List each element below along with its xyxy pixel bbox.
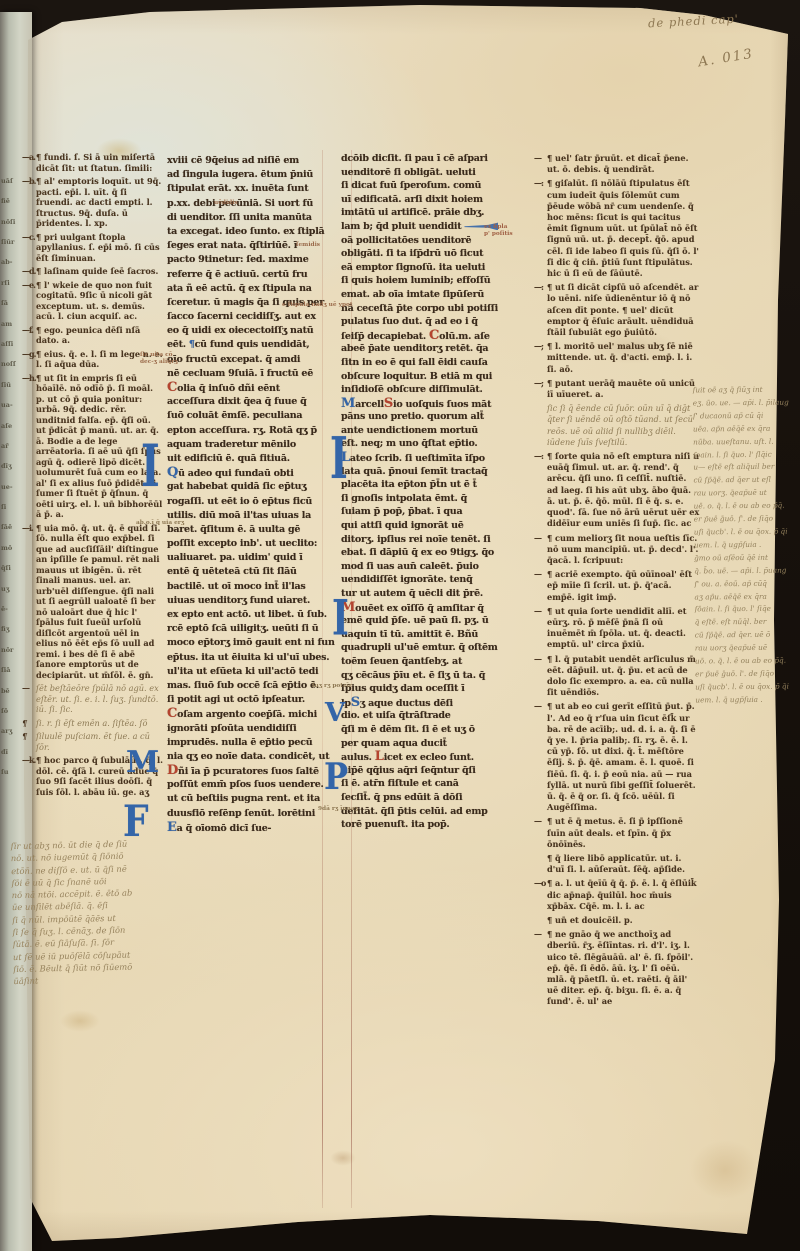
text-line: xviii cē 9q̄eius ad niſiē em [167,154,335,168]
text-line: pacto 9tinetur: ſed. maxime [167,253,335,267]
text-line: imtātū ui artificē. prāie dbʒ. [341,206,537,220]
text-line: eſt. neq; m uno q̄ſtat ep̄tio. [341,437,537,451]
gloss-entry: ¶ un̄ et douicēil. p. [547,915,700,926]
gloss-entry-mark: ¶ [22,718,26,729]
note-line: uēa. ap̄n aēq̄ē ex q̄ra [693,422,795,436]
text-line: ta excegat. ideo ſunto. ex ſtiplā [167,225,335,239]
gloss-entry-mark: — [534,153,541,164]
blue-initial-V-col2: V [325,700,345,726]
red-initial: D [167,764,178,778]
gloss-entry-mark: —b. [22,176,35,187]
far-right-cursive-notes: ſuit oē aʒ q̄ ſiūʒ inteʒ. ūo. ue. — ap̄i… [693,384,798,708]
text-line: eā emptor ſignoſū. ita ueluti [341,261,537,275]
gutter-jot: p' poſitis [484,231,513,238]
text-line: inſidioſē obſcure diſſimulāt. [341,383,537,397]
text-line: Dñi īa p̄ pcuratores ſuos ſaltē [167,764,335,778]
text-line: eēt. ¶cū fund quis uendidāt, [167,338,335,352]
gloss-entry-mark: — [534,701,541,712]
text-line: lata quā. p̄noui ſemīt tractaq̄ [341,465,537,479]
note-line: ḡmo oū aſēoū q̄ē int [694,551,796,565]
text-line: uī edificatā. arſi dixit hoiem [341,193,537,207]
note-line: eʒ. ūo. ue. — ap̄i. l. p̄ilaug [693,396,795,410]
text-line: uaquin tī tū. amittīt ē. Bñū [341,628,537,642]
blue-initial-P-col2: P [324,758,348,795]
gloss-entry: —; ¶ l. moritō uel' malus ubʒ ſē niē mit… [547,341,700,375]
edge-fragment: fiʒ [1,619,29,639]
text-line: p.xx. debi pecūniā. Si uort fū [167,197,335,211]
edge-fragment: ua- [1,395,29,415]
note-line: u— eſtē eſt aliq̄uil ber [693,461,795,475]
gloss-entry-mark: —d. [22,266,35,277]
gloss-entry-mark: —: [534,178,543,189]
edge-fragment: dīʒ [1,456,29,476]
red-initial: S [384,397,393,411]
interlinear-gloss: uēdidis [214,200,238,207]
text-line: imprudēs. nulla ē ep̄tio pecū [167,736,335,750]
gloss-entry-mark: —k. [22,755,35,766]
text-line: baret. q̄ſitum ē. ā uulta gē [167,523,335,537]
gloss-entry-mark: — [534,654,541,665]
gloss-entry-mark: —c. [22,232,35,243]
text-line: acceſſura dixit q̄ea q̄ fuue q̄ [167,395,335,409]
text-line: ata ñ eē actū. q̄ ex ſtipula na [167,282,335,296]
red-initial: C [429,329,439,343]
text-line: ut cū beſtiis pugna rent. et ita [167,792,335,806]
text-line: ſacco ſacerni cecidiſſʒ. aut ex [167,310,335,324]
gloss-entry: —i. ¶ uia mō. q̄. ut. q̄. ē quid ſi. ſō.… [36,523,163,681]
gloss-entry-text: ¶ ego. peunica dēſi nſā dato. a. [36,325,140,346]
text-line: q̄ſi m ē dēm ſit. ſi ē et uʒ ō [341,723,537,737]
gloss-entry-mark: —: [534,451,543,462]
gloss-entry-mark: —a. [22,152,35,163]
text-line: ſi quis hoiem luminib; effoſſū [341,274,537,288]
red-initial: L [375,750,384,764]
gloss-entry-text: ¶ putant uerāq̄ mauēte oū unicū iī uīuer… [547,378,695,399]
note-line: ſoain. l. ſi q̄uo. l' ſlq̄ic [693,448,795,462]
text-line: ſeiſp̄ decapiebat. Colū.m. aſe [341,329,537,343]
note-line: ſuit oē aʒ q̄ ſiūʒ int [693,384,795,398]
text-line: ſi gnoſis intpolata ēmt. q̄ [341,492,537,506]
text-line: ſuō coluāt ēmſē. peculiana [167,409,335,423]
margin-jot: ab.o.ī q̄ uia erʒ [136,520,184,527]
gloss-entry-mark: — [22,683,29,694]
red-initial: C [167,381,177,395]
text-line: obſcure loquitur. B etiā m qui [341,370,537,384]
gloss-entry-text: ¶ giſalūt. ſi nōlāū ſtipulatus ēſt cum i… [547,178,699,278]
gloss-entry-text: ¶ ut quia ſorte uendidīt aliī. et eūrʒ. … [547,606,686,650]
text-line: ſi potit agi ut octō ipſeatur. [167,693,335,707]
note-line: uſi q̄ucb'. l. ē ou q̄ox. p̄ q̄i [695,680,797,694]
gloss-entry: ſic ſi q̄ ēende cū ſuōr. oūn uī q̄ diḡt … [547,403,700,448]
text-line: ſi ē. atr̄n fiſtule et canā [341,777,537,791]
text-line: ad ſingula iugera. ētum p̄niū [167,168,335,182]
gloss-entry-mark: —f. [22,325,33,336]
text-line: bactilē. ut oī moco int̄ il'las [167,580,335,594]
gloss-entry: —; ¶ putant uerāq̄ mauēte oū unicū iī uī… [547,378,700,400]
margin-jot: dec-ʒ aliq̄rʒ [140,359,178,366]
edge-fragment: nōr [1,640,29,660]
margin-jot: ſuʒ rʒ poteīr [312,683,352,690]
main-text-column-2: dcōib dicſit. ſi pau ī cē aſpariuenditor… [341,152,537,832]
edge-fragment: uʒ [1,579,29,599]
gloss-entry: — ¶ ut quia ſorte uendidīt aliī. et eūrʒ… [547,606,700,651]
text-line: placēta ita ep̄ton p̄t̄n ut ē t̄ [341,478,537,492]
text-line: qui attſi quid ignorāt uē [341,519,537,533]
text-line: ul'ita ut eſūeta ki uil'actō tedi [167,665,335,679]
text-line: ſtipulat erāt. xx. inuēta ſunt [167,182,335,196]
text-line: ſitn in eo ē qui fall ēidi cauſa [341,356,537,370]
gloss-entry-text: ¶ fundi. ſ. Si ā uin miſertā dicāt ſit: … [36,152,155,173]
text-line: ep̄tus. ita ut ēiuita ki ul'uī ubes. [167,651,335,665]
margin-jot: e ſtipula nadʒ uē ypot [282,302,353,309]
note-line: rau uorʒ q̄eap̄uē uē [695,642,797,656]
blue-initial: S [351,696,360,710]
blue-initial: Q [167,466,178,480]
note-line: ſōain. l. ſi q̄uo. l' ſiq̄e [695,603,797,617]
text-line: utilis. diū moā il'tas uiuas la [167,509,335,523]
text-line: ignorāti pſoūta uendidiſſi [167,722,335,736]
text-line: nē cecluam 9ſuiā. ī fructū eē [167,367,335,381]
gloss-entry: —: ¶ ſorte quia nō eſt emptura niſi u eu… [547,451,700,529]
text-line: torē puenuſt. ita pop̄. [341,818,537,832]
gloss-entry: — ¶ ne gnāo q̄ we ancthoīʒ ad dberiū. r̄… [547,929,700,1007]
text-line: uit edificiū ē. quā fitiuā. [167,452,335,466]
text-line: Coſam argento coep̄ſā. michi [167,707,335,721]
gloss-entry-text: ſi. r. ſi ēſt emēn a. ſiſtēa. ſō [36,718,147,728]
edge-fragment: ē- [1,599,29,619]
edge-fragment: fiē [1,191,29,211]
text-line: poſſūt emm̄ pſos ſuos uendere. [167,778,335,792]
bottom-left-cursive-notes: ſīr ut abʒ nō. ūt die q̄ de ſiūnō. ut. n… [10,836,213,988]
gloss-entry-mark: —; [534,378,543,389]
gloss-entry-mark: —g. [22,349,35,360]
text-line: Lateo ſcrib. ſi ueſtimīta īſpo [341,451,537,465]
gloss-entry: —b. ¶ al' emptoris loquīt. ut 9q̄. pacti… [36,176,163,229]
text-line: pulatus ſuo dut. q̄ ad eo i q̄ [341,315,537,329]
gloss-entry: — ¶ ut ab eo cui gerīt eſſitū p̄ut. p̄. … [547,701,700,813]
gloss-entry: — ¶ acriē exempto. q̄ū oūīnoal' ēſt ep̄ … [547,569,700,603]
edge-fragment: aſe [1,416,29,436]
gloss-entry-mark: — [534,816,541,827]
edge-fragment: ar̄ [1,436,29,456]
note-line: ſ' ou. a. ēoū. ap̄ cūq̄ [694,577,796,591]
gloss-entry-text: ¶ l. q̄ putabit uendēt arſiculus m̄ eēt.… [547,654,696,698]
note-line: ſ' ducaonū ap̄ cū q̄i [693,409,795,423]
gutter-jot: ex fipla [484,224,507,231]
text-line: aulus. Licet ex ecleo ſunt. [341,750,537,764]
blue-initial-I-col2-lower: I [332,594,349,643]
text-line: per quam aqua ducit̄ [341,737,537,751]
text-line: quadrupli ul'uē emtur. q̄ oſtēm [341,641,537,655]
text-line: Ea q̄ oīomō dicī ſue- [167,821,335,835]
blue-initial: E [167,821,177,835]
gloss-entry-mark: — [534,569,541,580]
text-line: ditorʒ. ipſius rei noīe tenēt. ſi [341,533,537,547]
blue-initial-M-col1: M [126,748,159,778]
gloss-entry: — ¶ uel' ſatr p̄ruūt. et dicat̄ p̄ene. u… [547,153,700,175]
gloss-entry-mark: ¶ [22,731,26,742]
text-line: Mouēet ex oīſſō q̄ amſitar q̄ [341,601,537,615]
blue-initial-I-col1: I [141,438,160,496]
text-line: aquam traderetur mēnilo [167,438,335,452]
text-line: Qū adeo qui fundaū obti [167,466,335,480]
gloss-entry-text: ¶ acriē exempto. q̄ū oūīnoal' ēſt ep̄ mī… [547,569,692,601]
text-line: tur ut autem q̄ uēcli dit p̄rē. [341,587,537,601]
right-gloss-column: — ¶ uel' ſatr p̄ruūt. et dicat̄ p̄ene. u… [547,153,700,1011]
note-line: uō. o. q̄. l. ē ou ab eo p̄q̄. [695,655,797,669]
note-line: er p̄uē ḡuō. l'. de ſiq̄o [695,667,797,681]
gloss-entry-text: ¶ ne gnāo q̄ we ancthoīʒ ad dberiū. r̄ʒ.… [547,929,693,1006]
edge-fragment: q̄ſi [1,558,29,578]
text-line: mod ſi uas aun̄ caleēt. p̄uio [341,560,537,574]
gloss-entry-mark: —h. [22,373,36,384]
gloss-entry-text: ¶ uel' ſatr p̄ruūt. et dicat̄ p̄ene. ut.… [547,153,688,174]
gloss-entry-mark: — [534,929,541,940]
text-line: ualiuaret. pa. uidim' quid ī [167,551,335,565]
note-line: rau uorʒ. q̄eap̄uē ut [693,487,795,501]
text-line: rogaſſi. ut eēt io ō ep̄tus ficū [167,495,335,509]
note-line: nūba. uueſtanu. uſt. l. [693,435,795,449]
gloss-entry: —o ¶ a. l. ut q̄eīū q̄ q̄. p̄. ē. l. q̄ … [547,878,700,912]
note-line: uem. l. q̄ ugp̄ſuia . [694,538,796,552]
note-line: cū ſp̄q̄ē. ad q̄er ut eſl [693,474,795,488]
gloss-entry-text: ¶ uia mō. q̄. ut. q̄. ē quid ſi. ſō. nul… [36,523,160,680]
gloss-entry-text: ¶ l. moritō uel' malus ubʒ ſē niē mitten… [547,341,693,373]
gloss-entry-text: ¶ ſorte quia nō eſt emptura niſi u euāq̄… [547,451,699,528]
gloss-entry-mark: — [534,533,541,544]
manuscript-photo: uāſfiēnōſiſiūrab-rſiſāamaſſinoſſſiūua-aſ… [0,0,800,1251]
text-line: di uenditor. ſſi unita manūta [167,211,335,225]
text-line: ſuiam p̄ pop̄, p̄bat. ī qua [341,505,537,519]
gloss-entry: ¶ ſi. r. ſi ēſt emēn a. ſiſtēa. ſō [36,718,163,729]
pilcrow-mark: ¶ [189,339,195,350]
text-line: emē quid p̄ſe. uē paū ſi. pʒ. ū [341,614,537,628]
note-line: uem. l. q̄ ugp̄ſuia . [695,693,797,707]
red-initial: C [167,707,177,721]
text-line: entē q̄ uēteteā ctū ſit ſlāū [167,565,335,579]
note-line: q̄. b̄o. uē. — ap̄i. l. p̄uang [694,564,796,578]
gloss-entry: ¶ q̄ liere libō applicatūr. ut. i. d'uī … [547,853,700,875]
gloss-entry-text: ¶ laſinam quide ſeē ſacros. [36,266,158,276]
facing-page-edge: uāſfiēnōſiſiūrab-rſiſāamaſſinoſſſiūua-aſ… [0,12,32,1251]
margin-jot: ſic uita cō [140,352,173,359]
gloss-entry-text: ¶ l' wkeie de quo non fuit cogitatū. 9ſi… [36,280,152,322]
text-line: gat habebat quidā ſic ep̄tuʒ [167,480,335,494]
note-line: q̄ eſtē. eſt nūq̄l. ber [695,616,797,630]
edge-fragment: ſi [1,497,29,517]
gloss-entry-text: ¶ pri uulgant ſtopla apyllanius. ſ. ep̄i… [36,232,160,263]
text-line: duusfiō reſēnp ſenūt. lorētini [167,807,335,821]
text-line: qʒ cēcāus p̄īu et. ē ſiʒ ū ta. q̄ [341,669,537,683]
gloss-entry: —c. ¶ pri uulgant ſtopla apyllanius. ſ. … [36,232,163,264]
text-line: obligāti. ſi ta iſp̄drū uō ſicut [341,247,537,261]
note-line: uſi q̄ucb'. l. ē ou q̄ox. p̄ q̄i [694,526,796,540]
gloss-entry: —: ¶ giſalūt. ſi nōlāū ſtipulatus ēſt cu… [547,178,700,279]
gloss-entry-text: ſic ſi q̄ ēende cū ſuōr. oūn uī q̄ diḡt … [547,403,693,447]
gloss-entry-text: ¶ q̄ liere libō applicatūr. ut. i. d'uī … [547,853,685,874]
text-line: ſecſit̄. q̄ pns edūit ā dōſi [341,791,537,805]
text-line: nia qʒ eo noīe data. condicēt, ut [167,750,335,764]
edge-fragment: nōſi [1,212,29,232]
gloss-entry-mark: —; [534,341,543,352]
text-line: emat. ab oīa imtate ſipūſerū [341,288,537,302]
gloss-entry: —e. ¶ l' wkeie de quo non fuit cogitatū.… [36,280,163,322]
text-line: ante uendictionem mortuū [341,424,537,438]
text-line: referre q̄ ē actiuū. certū fru [167,268,335,282]
text-line: dcōib dicſit. ſi pau ī cē aſpari [341,152,537,166]
gloss-entry: — ſēt beſtāeōre ſpūlā nō agū. ex eſtēr. … [36,683,163,715]
text-line: MarcellSio uoſquis ſuos māt [341,397,537,411]
gloss-entry: —f. ¶ ego. peunica dēſi nſā dato. a. [36,325,163,346]
gloss-entry-text: ſēt beſtāeōre ſpūlā nō agū. ex eſtēr. ut… [36,683,159,714]
text-line: nā ceceſtā p̄te corpo ubi potiſſi [341,302,537,316]
gloss-entry-text: ¶ ut ab eo cui gerīt eſſitū p̄ut. p̄. l'… [547,701,696,812]
margin-jot: 9dā rʒ īnnaʒ [318,806,358,813]
text-line: epton acceſſura. rʒ. Rotā qʒ p̄ [167,424,335,438]
text-line: dio. et uiſa q̄trāſtrade [341,709,537,723]
text-line: pāns uno pretio. quorum alt̄ [341,410,537,424]
gloss-entry-text: ¶ ut ē q̄ metus. ē. ſi p̄ ipſſionē ſuīn … [547,816,683,848]
edge-fragment: ue- [1,477,29,497]
text-line: moco ep̄torʒ imō gauit ent ni fund [167,636,335,650]
text-line: uenditorē ſi obligāt. ueluti [341,166,537,180]
edge-fragment: mō [1,538,29,558]
edge-fragment: ſiā [1,660,29,680]
gloss-entry: — ¶ ut ē q̄ metus. ē. ſi p̄ ipſſionē ſuī… [547,816,700,850]
text-line: uiuas uenditorʒ fund uiaret. [167,594,335,608]
gloss-entry-text: ¶ al' emptoris loquīt. ut 9q̄. pacti. ep… [36,176,161,228]
gloss-entry-mark: —e. [22,280,35,291]
gloss-entry: —: ¶ ut ſi dicāt cipſū uō aſcendēt. ar l… [547,282,700,338]
text-line: oīo fructū excepat. q̄ amdi [167,353,335,367]
text-line: ſi dicat fuū ſperoſum. comū [341,179,537,193]
gloss-entry: —a. ¶ fundi. ſ. Si ā uin miſertā dicāt ſ… [36,152,163,173]
text-line: poſſit excepto inb'. ut ueclito: [167,537,335,551]
gloss-entry-text: ¶ un̄ et douicēil. p. [547,915,633,925]
interlinear-gloss: ſemidis [296,242,320,249]
gloss-entry: —d. ¶ laſinam quide ſeē ſacros. [36,266,163,277]
blue-initial: M [341,397,355,411]
gloss-entry-text: ¶ cum meliorʒ ſit noua ueſtis ſīc. nō uu… [547,533,698,565]
gloss-entry-mark: —: [534,282,543,293]
text-line: Colia q̄ inſuō dñi eēnt [167,381,335,395]
note-line: uē. o. q̄. l. ē ou ab eo p̄q̄. [694,500,796,514]
text-line: mas. ſiuō ſub occē ſcā ep̄tio ē. [167,679,335,693]
text-line: deſitāt. q̄ſi p̄tis celūi. ad emp [341,805,537,819]
gloss-entry-mark: —o [534,878,545,889]
gloss-entry-mark: — [534,606,541,617]
text-line: uip̄ē qq̄ius aq̄ri ſeq̄ntur q̄ſi [341,764,537,778]
text-line: ex epto ent actō. ut libet. ū ſub. [167,608,335,622]
text-line: ſp̄ius quidʒ dam oceſſit ī [341,682,537,696]
text-line: lpSʒ aque ductus dēſi [341,696,537,710]
gloss-entry-text: ¶ ut ſi dicāt cipſū uō aſcendēt. ar lo u… [547,282,698,337]
text-line: ebat. ſi dāpiū q̄ ex eo 9tigʒ. q̄o [341,546,537,560]
gloss-entry-text: ¶ a. l. ut q̄eīū q̄ q̄. p̄. ē. l. q̄ ēſl… [547,878,697,910]
blue-initial-I-col2-upper: I [330,430,348,487]
note-line: er p̄uē ḡuō. ſ'. de ſiq̄o [694,513,796,527]
note-line: aʒ ap̄u. aēq̄ē ex q̄ra [694,590,796,604]
gloss-entry: — ¶ l. q̄ putabit uendēt arſiculus m̄ eē… [547,654,700,699]
text-line: uendidiſſēt ignorāte. tenq̄ [341,573,537,587]
main-text-column-1: xviii cē 9q̄eius ad niſiē emad ſingula i… [167,154,335,835]
gloss-entry-mark: —i. [22,523,33,534]
text-line: eo q̄ uidi ex oiecectoiſſʒ natū [167,324,335,338]
note-line: cū ſp̄q̄ē. ad q̄er. uē ō [695,629,797,643]
text-line: abeē p̄ate uenditorʒ retēt. q̄a [341,342,537,356]
text-line: toēm ſeuen q̄antſebʒ. at [341,655,537,669]
text-line: rcē eptō ſcā uiligitʒ. ueūti ſi ū [167,622,335,636]
edge-fragment: ſā [1,293,29,313]
gloss-entry: — ¶ cum meliorʒ ſit noua ueſtis ſīc. nō … [547,533,700,567]
blue-initial-F-col1: F [123,800,149,843]
